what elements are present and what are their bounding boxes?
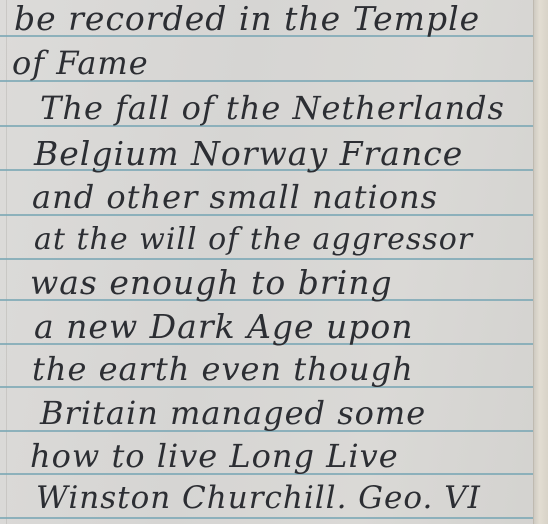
handwritten-line-2: of Fame xyxy=(12,47,149,79)
handwritten-line-7: was enough to bring xyxy=(30,266,393,299)
handwritten-line-9: the earth even though xyxy=(32,353,414,385)
handwritten-line-8: a new Dark Age upon xyxy=(34,310,414,343)
handwritten-line-6: at the will of the aggressor xyxy=(34,225,473,255)
notebook-page: be recorded in the Temple of Fame The fa… xyxy=(0,0,548,524)
handwritten-line-11: how to live Long Live xyxy=(30,440,399,472)
ruled-line xyxy=(0,517,534,519)
handwritten-line-10: Britain managed some xyxy=(40,397,426,429)
page-edge xyxy=(533,0,548,524)
handwritten-line-5: and other small nations xyxy=(32,181,438,213)
handwritten-line-4: Belgium Norway France xyxy=(34,137,463,170)
handwritten-line-12: Winston Churchill. Geo. VI xyxy=(36,483,481,514)
handwritten-line-3: The fall of the Netherlands xyxy=(40,92,505,124)
handwritten-line-1: be recorded in the Temple xyxy=(14,2,534,35)
ruled-line xyxy=(0,258,534,260)
margin-line xyxy=(6,0,7,524)
